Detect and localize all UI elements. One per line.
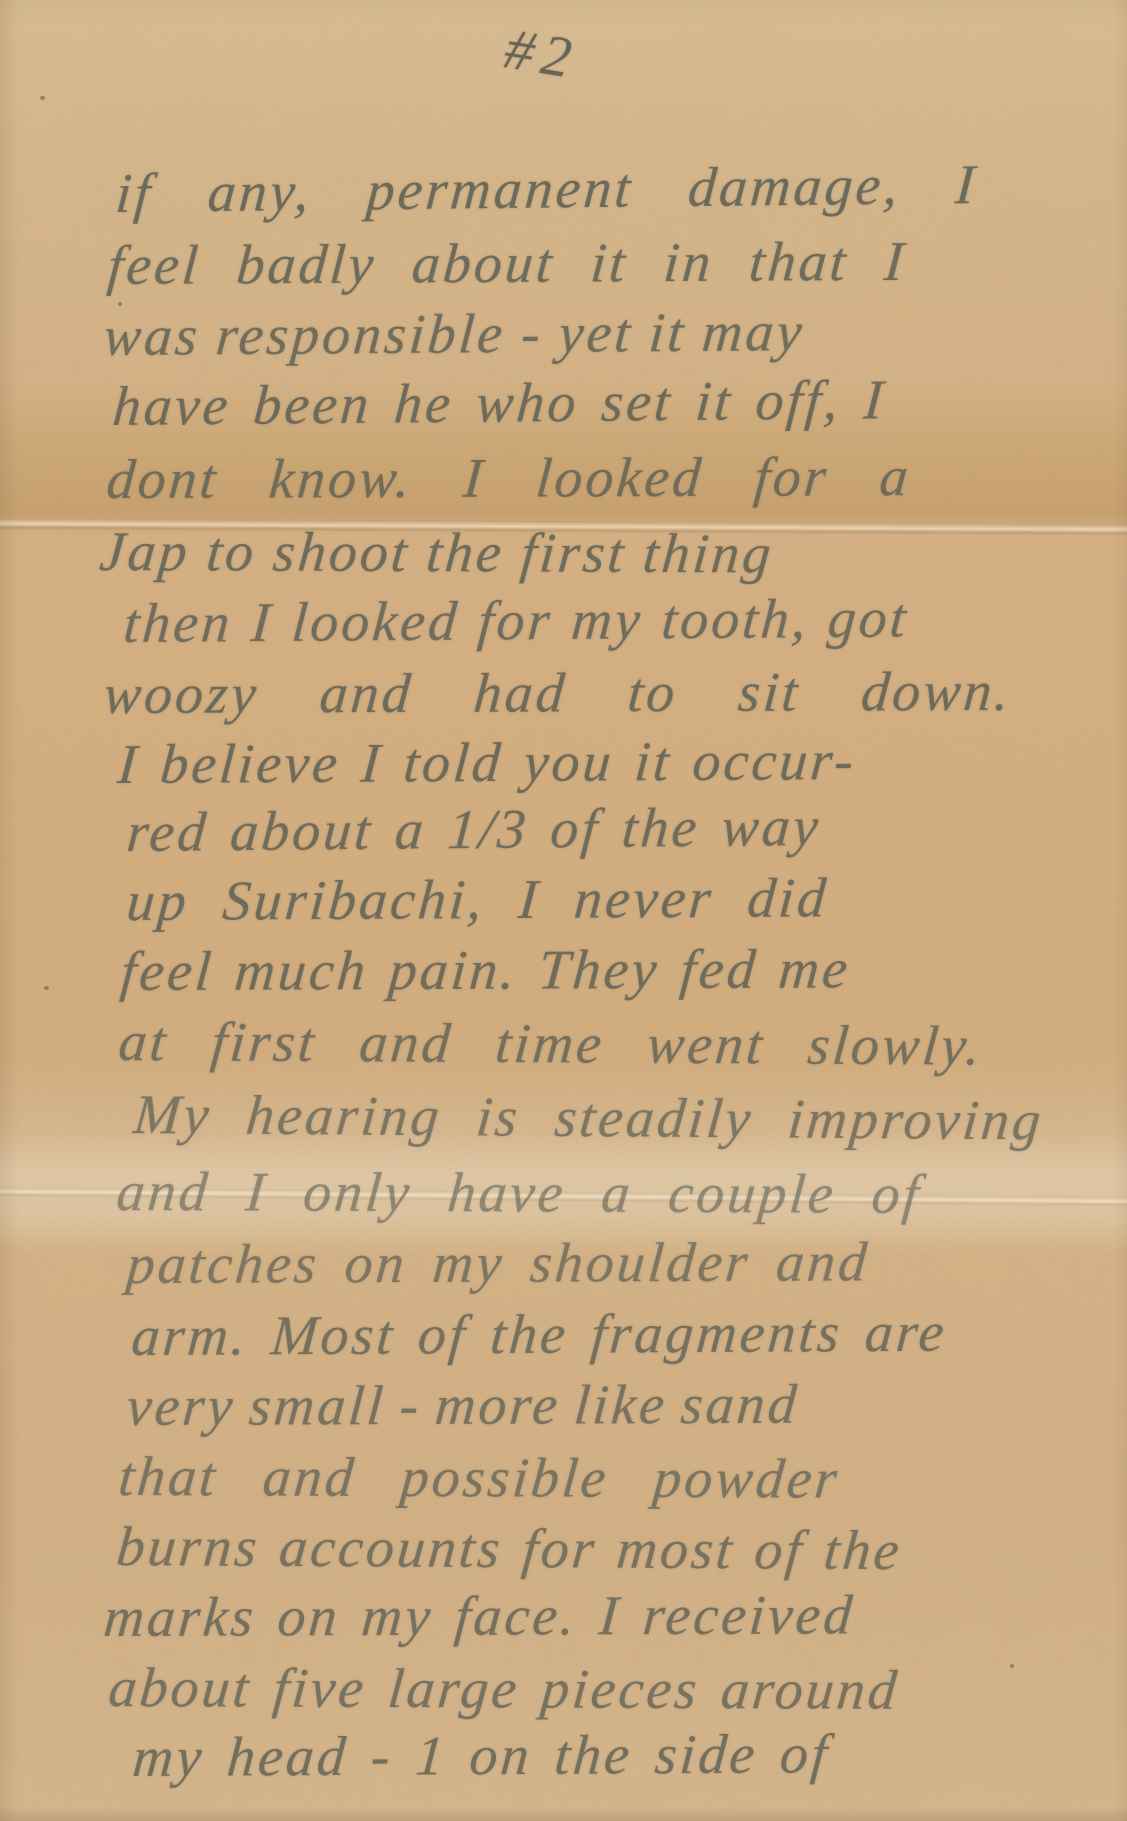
handwritten-line-1: if any, permanent damage, I	[114, 153, 980, 226]
handwritten-line-17: arm. Most of the fragments are	[129, 1301, 949, 1369]
handwritten-line-20: burns accounts for most of the	[114, 1515, 905, 1583]
page-number: #2	[500, 15, 584, 93]
handwritten-line-5: dont know. I looked for a	[104, 445, 913, 512]
scanned-letter-screenshot: { "document": { "kind": "handwritten pen…	[0, 0, 1127, 1821]
handwritten-line-14: My hearing is steadily improving	[131, 1083, 1046, 1153]
handwritten-line-4: have been he who set it off, I	[110, 368, 888, 439]
handwritten-line-18: very small - more like sand	[124, 1373, 801, 1439]
handwritten-line-15: and I only have a couple of	[114, 1160, 924, 1227]
letter-page: #2 if any, permanent damage, I feel badl…	[0, 0, 1127, 1821]
paper-speck	[1010, 1664, 1014, 1668]
handwritten-line-11: up Suribachi, I never did	[124, 866, 831, 934]
handwritten-line-13: at first and time went slowly.	[116, 1010, 986, 1078]
handwritten-line-9: I believe I told you it occur-	[115, 729, 858, 797]
handwritten-line-10: red about a 1/3 of the way	[124, 795, 823, 865]
paper-speck	[40, 96, 45, 100]
handwritten-line-6: Jap to shoot the first thing	[97, 520, 776, 586]
paper-speck	[44, 986, 49, 990]
handwritten-line-12: feel much pain. They fed me	[118, 937, 853, 1004]
handwritten-line-16: patches on my shoulder and	[124, 1230, 872, 1297]
handwritten-line-22: about five large pieces around	[106, 1656, 902, 1723]
handwritten-line-19: that and possible powder	[116, 1445, 843, 1511]
handwritten-line-21: marks on my face. I received	[101, 1583, 857, 1650]
handwritten-line-3: was responsible - yet it may	[101, 300, 807, 369]
handwritten-line-8: woozy and had to sit down.	[101, 660, 1014, 727]
handwritten-line-7: then I looked for my tooth, got	[121, 587, 911, 657]
handwritten-line-2: feel badly about it in that I	[105, 230, 909, 298]
handwritten-line-23: my head - 1 on the side of	[130, 1722, 832, 1790]
